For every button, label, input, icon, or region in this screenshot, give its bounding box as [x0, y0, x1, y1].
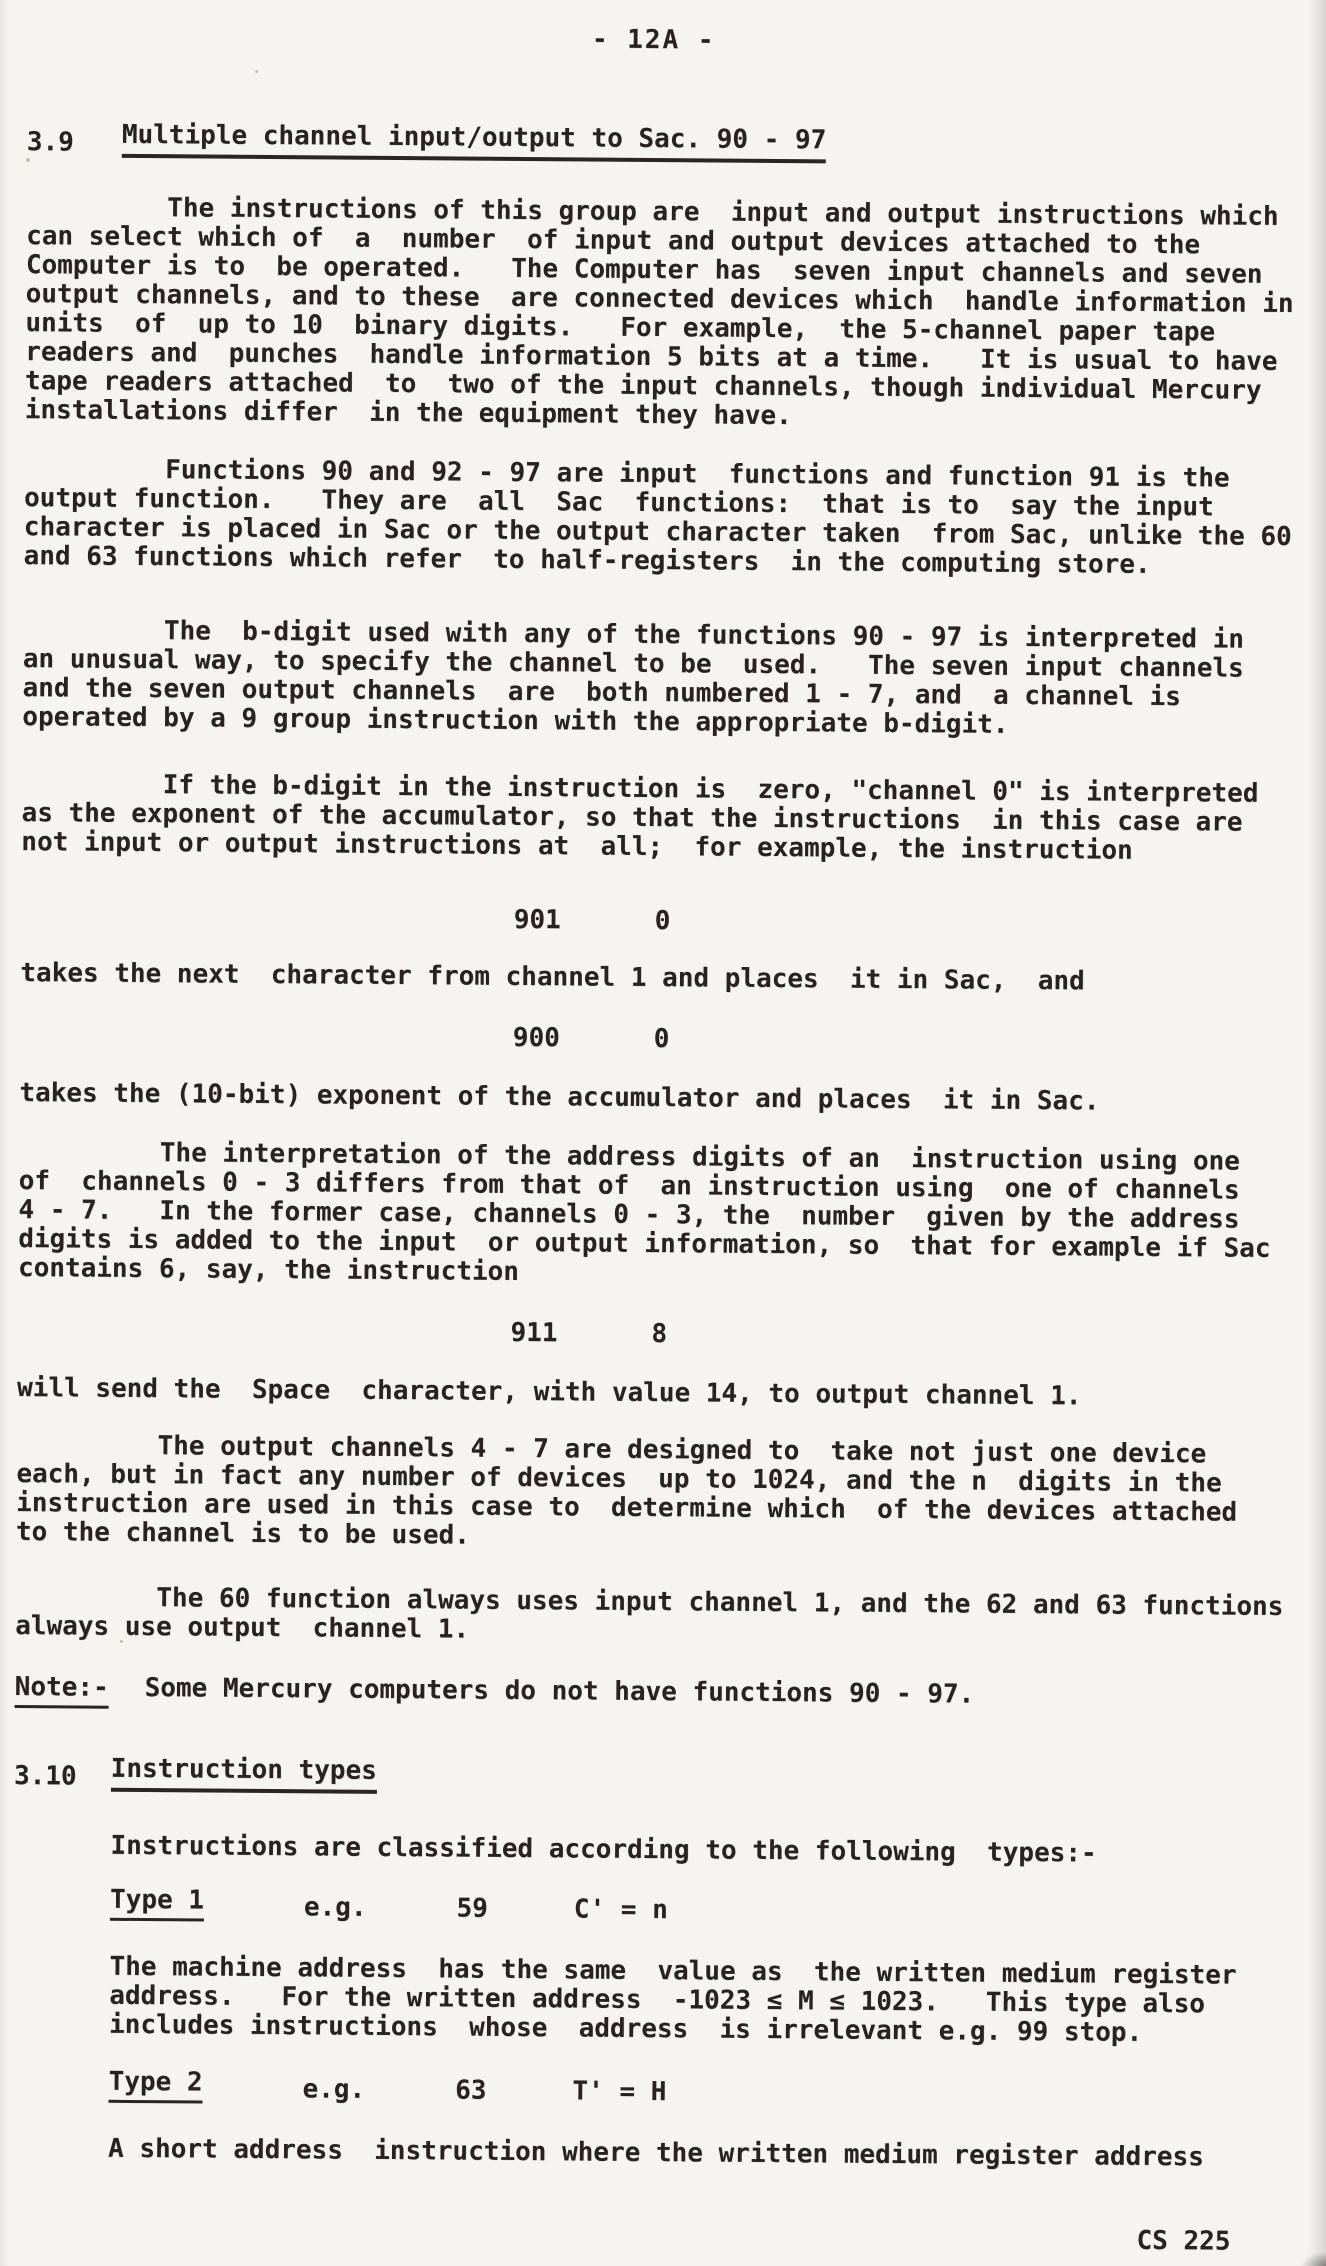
type-2-code: 63	[455, 2077, 487, 2106]
section-3-10-heading: 3.10 Instruction types	[14, 1754, 1312, 1801]
instruction-example-900: 900 0	[20, 1020, 1318, 1059]
paragraph-functions-90-97: Functions 90 and 92 - 97 are input funct…	[24, 455, 1323, 581]
paragraph-output-channels-4-7: The output channels 4 - 7 are designed t…	[16, 1431, 1315, 1557]
page-number: - 12A -	[5, 21, 1303, 60]
section-3-9-heading: 3.9 Multiple channel input/output to Sac…	[27, 120, 1325, 167]
text-after-900: takes the (10-bit) exponent of the accum…	[19, 1079, 1317, 1118]
type-1-eg: e.g.	[304, 1893, 367, 1922]
type-1-description: The machine address has the same value a…	[109, 1953, 1311, 2049]
scan-speck	[120, 1640, 123, 1643]
type-2-row: Type 2 e.g. 63 T' = H	[108, 2068, 1309, 2112]
instruction-types-intro: Instructions are classified according to…	[110, 1832, 1311, 1870]
paragraph-channel-zero: If the b-digit in the instruction is zer…	[21, 770, 1320, 867]
section-3-10-title: Instruction types	[111, 1755, 377, 1794]
section-3-9-title: Multiple channel input/output to Sac. 90…	[122, 121, 827, 164]
type-2-label: Type 2	[108, 2068, 202, 2104]
paragraph-60-function: The 60 function always uses input channe…	[15, 1583, 1313, 1651]
document-reference: CS 225	[10, 2218, 1308, 2257]
page-content: - 12A - 3.9 Multiple channel input/outpu…	[0, 0, 1326, 2257]
scan-speck	[26, 158, 30, 162]
type-2-formula: T' = H	[572, 2077, 666, 2107]
section-3-9-number: 3.9	[27, 128, 74, 157]
scan-speck	[255, 70, 258, 73]
type-2-description: A short address instruction where the wr…	[108, 2135, 1309, 2173]
note-text: Some Mercury computers do not have funct…	[144, 1674, 974, 1716]
text-after-911: will send the Space character, with valu…	[17, 1374, 1315, 1413]
type-1-row: Type 1 e.g. 59 C' = n	[110, 1886, 1311, 1930]
paragraph-b-digit: The b-digit used with any of the functio…	[22, 616, 1321, 742]
instruction-example-901: 901 0	[21, 902, 1319, 941]
paragraph-instructions-group: The instructions of this group are input…	[25, 193, 1325, 435]
scan-speck	[1055, 1398, 1058, 1401]
type-2-eg: e.g.	[302, 2075, 365, 2104]
section-3-10-number: 3.10	[14, 1762, 77, 1791]
type-1-code: 59	[456, 1895, 488, 1924]
paragraph-address-interpretation: The interpretation of the address digits…	[18, 1138, 1317, 1293]
type-1-formula: C' = n	[574, 1895, 668, 1925]
text-after-901: takes the next character from channel 1 …	[20, 959, 1318, 998]
type-1-label: Type 1	[110, 1886, 204, 1922]
note-label: Note:-	[15, 1673, 109, 1709]
scanned-document-page: - 12A - 3.9 Multiple channel input/outpu…	[0, 0, 1326, 2266]
instruction-example-911: 911 8	[17, 1315, 1315, 1354]
note-row: Note:- Some Mercury computers do not hav…	[15, 1673, 1313, 1718]
